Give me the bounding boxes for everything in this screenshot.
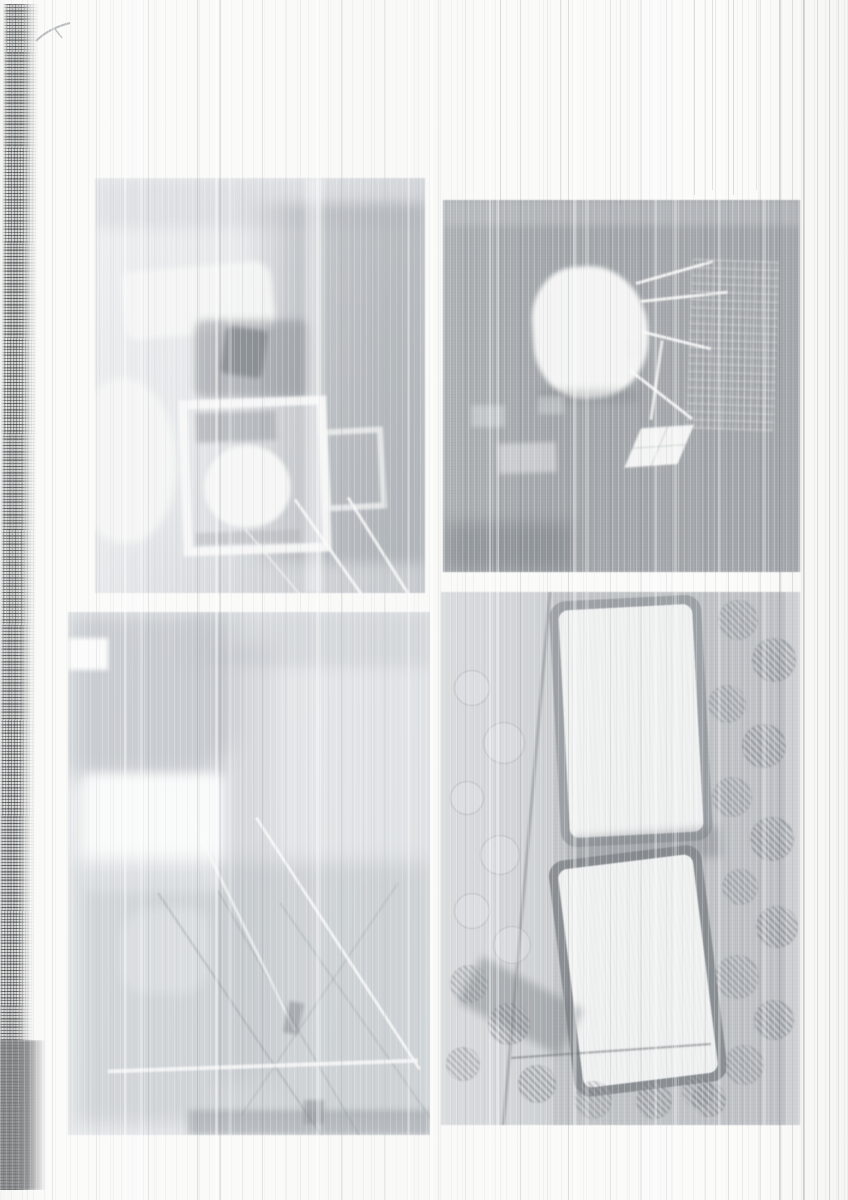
hatched-circle: [712, 777, 752, 817]
hatched-circle: [724, 1045, 764, 1085]
dark-streak-line: [733, 0, 734, 195]
dark-streak-line: [712, 0, 713, 190]
photo-bottom-right: [441, 592, 800, 1125]
hatched-circle: [574, 1081, 612, 1119]
machinery-shadow: [220, 325, 268, 378]
circle-outline: [480, 835, 520, 875]
dark-streak-line: [560, 0, 561, 200]
hatched-circle: [715, 955, 759, 999]
scanner-edge-band: [0, 4, 39, 1190]
dark-streak-line: [438, 0, 439, 1200]
hatched-circle: [682, 1076, 714, 1108]
small-frame: [321, 426, 387, 511]
round-items-layer: [441, 592, 800, 1125]
bottom-band: [188, 1110, 430, 1135]
hatched-circle: [718, 600, 758, 640]
dark-streak-line: [817, 0, 818, 1200]
pencil-scribble-icon: [30, 14, 76, 50]
light-patch: [538, 396, 564, 414]
white-notch: [68, 638, 108, 670]
light-patch: [497, 442, 556, 474]
hatched-circle: [488, 1003, 530, 1045]
frame-dark-part: [196, 410, 277, 443]
circle-outline: [493, 926, 531, 964]
photo-top-right: [443, 200, 800, 572]
dark-streak-line: [694, 0, 695, 195]
dark-streak-line: [620, 0, 621, 205]
light-patch: [471, 405, 505, 427]
dark-streak-line: [829, 0, 830, 1200]
light-strip: [443, 200, 800, 226]
floor-panel: [624, 424, 694, 468]
white-streak-line: [430, 0, 433, 1200]
dark-streak-line: [803, 0, 805, 1200]
scanner-edge-blotch: [0, 1040, 46, 1190]
hatched-circle: [722, 869, 758, 905]
hatched-circle: [742, 724, 786, 768]
photo-top-left: [95, 178, 425, 593]
circle-outline: [454, 893, 490, 929]
dark-streak-line: [500, 0, 501, 200]
circle-outline: [483, 722, 525, 764]
hatched-circle: [518, 1065, 556, 1103]
photo-bottom-left: [68, 612, 430, 1135]
white-tank-shape: [529, 262, 653, 402]
scanned-page: [0, 0, 848, 1200]
corner-smudge: [443, 522, 573, 572]
hatched-circle: [750, 817, 794, 861]
small-white-square: [624, 341, 643, 358]
circle-outline: [454, 670, 490, 706]
light-column: [305, 178, 323, 593]
hatched-circle: [446, 1047, 480, 1081]
white-dome-shape: [203, 444, 292, 529]
leg-rod: [649, 340, 663, 420]
hatched-circle: [752, 638, 796, 682]
gray-wash: [76, 862, 430, 1124]
hatched-circle: [756, 906, 798, 948]
dark-streak-line: [838, 0, 839, 1200]
dark-streak-line: [52, 0, 53, 1200]
hatched-circle: [636, 1083, 672, 1119]
hatched-circle: [754, 1000, 794, 1040]
hatched-circle: [450, 965, 488, 1003]
hatched-circle: [708, 685, 746, 723]
white-blob-shape: [95, 378, 177, 543]
crate-stack: [686, 259, 780, 432]
dark-streak-line: [756, 0, 757, 190]
circle-outline: [450, 781, 484, 815]
